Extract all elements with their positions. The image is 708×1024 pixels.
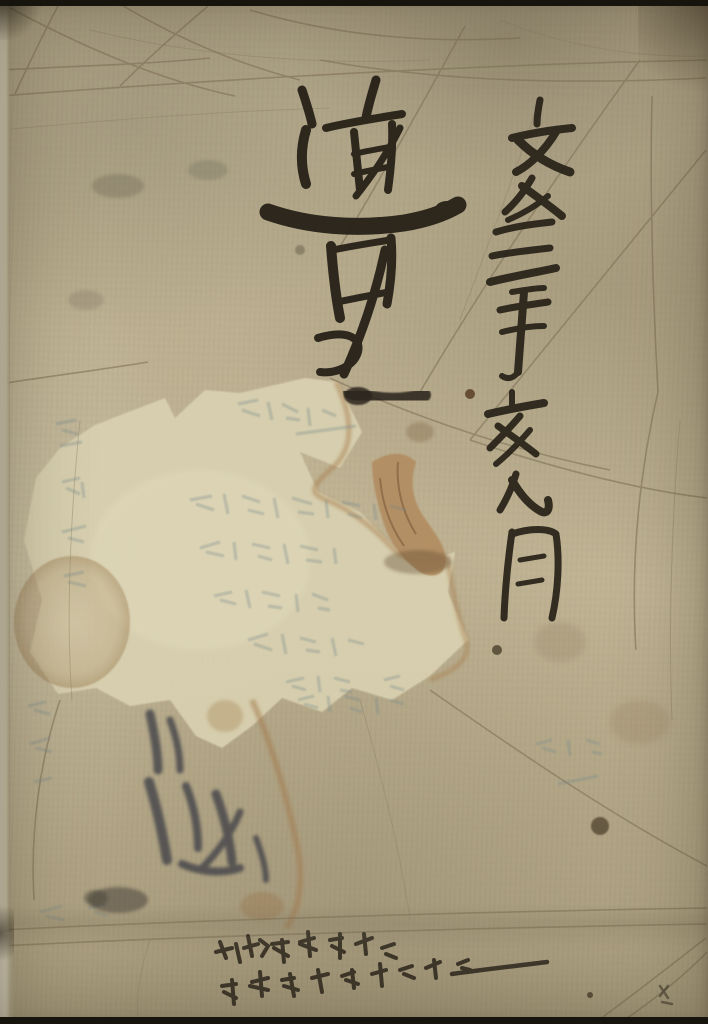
scan-vignette (0, 0, 708, 1024)
scan-edge-top (0, 0, 708, 6)
scan-edge-bottom (0, 1017, 708, 1024)
manuscript-cover-scan: 道中 文久三年亥九月 □□四木 □中村□ 廿七八年一 （擦れた墨書・判読不能） (0, 0, 708, 1024)
